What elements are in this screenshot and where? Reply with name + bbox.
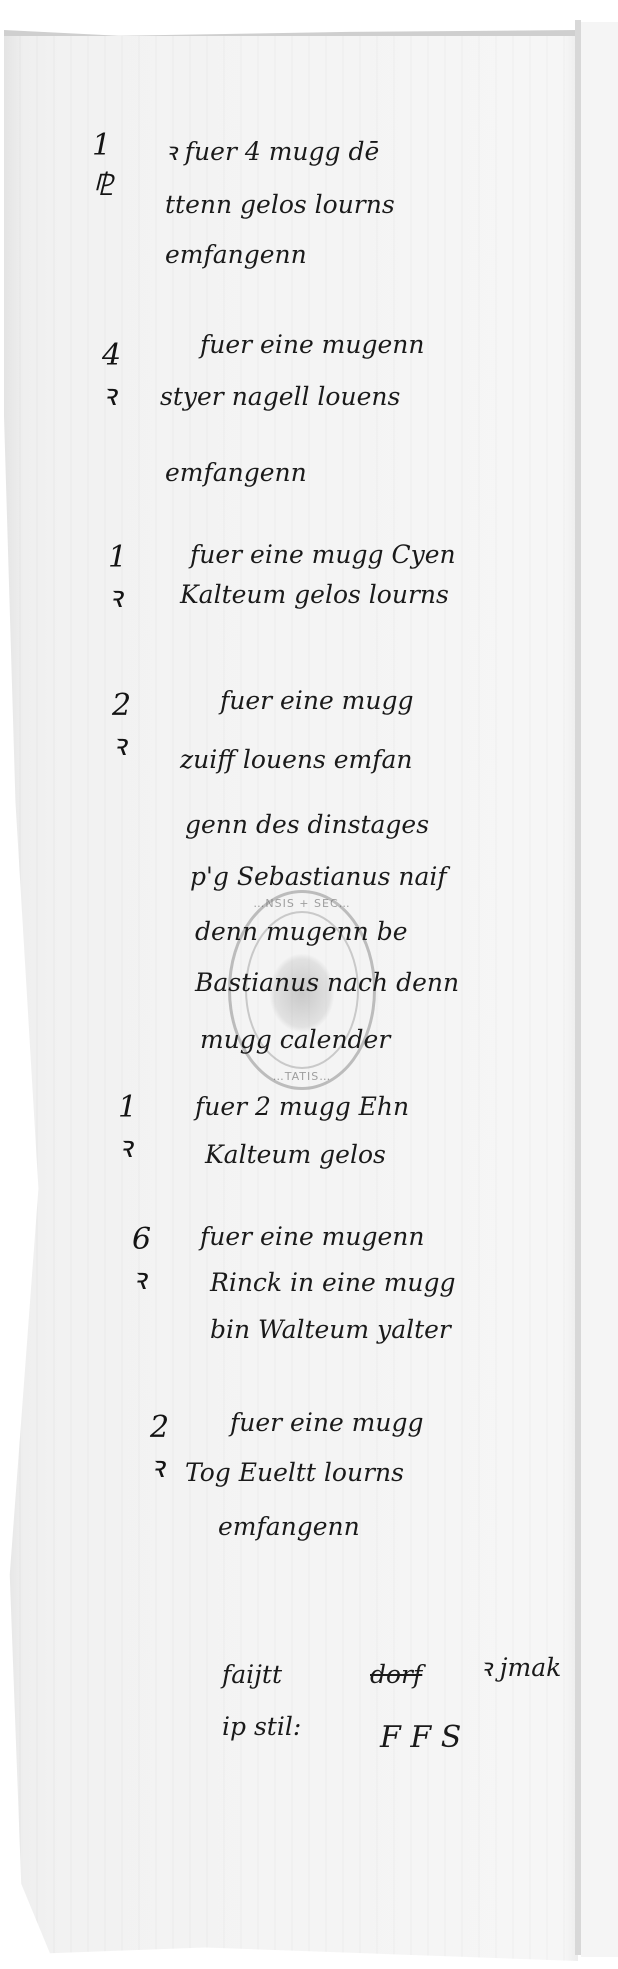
entry-line: fuer eine mugenn — [200, 330, 425, 359]
entry-line: genn des dinstages — [185, 810, 429, 839]
entry-line: fuer 2 mugg Ehn — [195, 1092, 409, 1121]
handwritten-text: 1 ⅊ ꝛ fuer 4 mugg dē ttenn gelos lourns … — [0, 0, 618, 1969]
closing-word: ip stil: — [222, 1712, 301, 1741]
entry-line: fuer eine mugg — [220, 686, 414, 715]
entry-line: fuer eine mugg — [230, 1408, 424, 1437]
entry-line: styer nagell louens — [160, 382, 400, 411]
closing-word: faijtt — [222, 1660, 282, 1689]
entry-line: Tog Eueltt lourns — [185, 1458, 404, 1487]
entry-amount: 1 ꝛ — [108, 540, 129, 616]
entry-line: Bastianus nach denn — [195, 968, 459, 997]
entry-amount: 4 ꝛ — [102, 338, 123, 414]
entry-line: ꝛ fuer 4 mugg dē — [165, 134, 379, 168]
closing-word: ꝛ jmak — [480, 1650, 561, 1684]
entry-amount: 2 ꝛ — [150, 1410, 171, 1486]
entry-line: emfangenn — [218, 1512, 360, 1541]
entry-line: mugg calender — [200, 1025, 390, 1054]
entry-line: emfangenn — [165, 240, 307, 269]
entry-amount: 1 ⅊ — [92, 128, 115, 204]
entry-line: fuer eine mugg Cyen — [190, 540, 456, 569]
entry-line: denn mugenn be — [195, 917, 408, 946]
struck-through-word: dorf — [370, 1660, 422, 1689]
entry-line: Kalteum gelos — [205, 1140, 386, 1169]
signature-monogram: F F S — [380, 1720, 461, 1755]
entry-line: bin Walteum yalter — [210, 1315, 451, 1344]
entry-line: Rinck in eine mugg — [210, 1268, 456, 1297]
entry-line: p'g Sebastianus naif — [190, 862, 447, 891]
entry-amount: 6 ꝛ — [132, 1222, 153, 1298]
entry-amount: 1 ꝛ — [118, 1090, 139, 1166]
entry-line: ttenn gelos lourns — [165, 190, 395, 219]
entry-line: fuer eine mugenn — [200, 1222, 425, 1251]
entry-line: Kalteum gelos lourns — [180, 580, 449, 609]
entry-line: emfangenn — [165, 458, 307, 487]
entry-amount: 2 ꝛ — [112, 688, 133, 764]
entry-line: zuiff louens emfan — [180, 745, 413, 774]
